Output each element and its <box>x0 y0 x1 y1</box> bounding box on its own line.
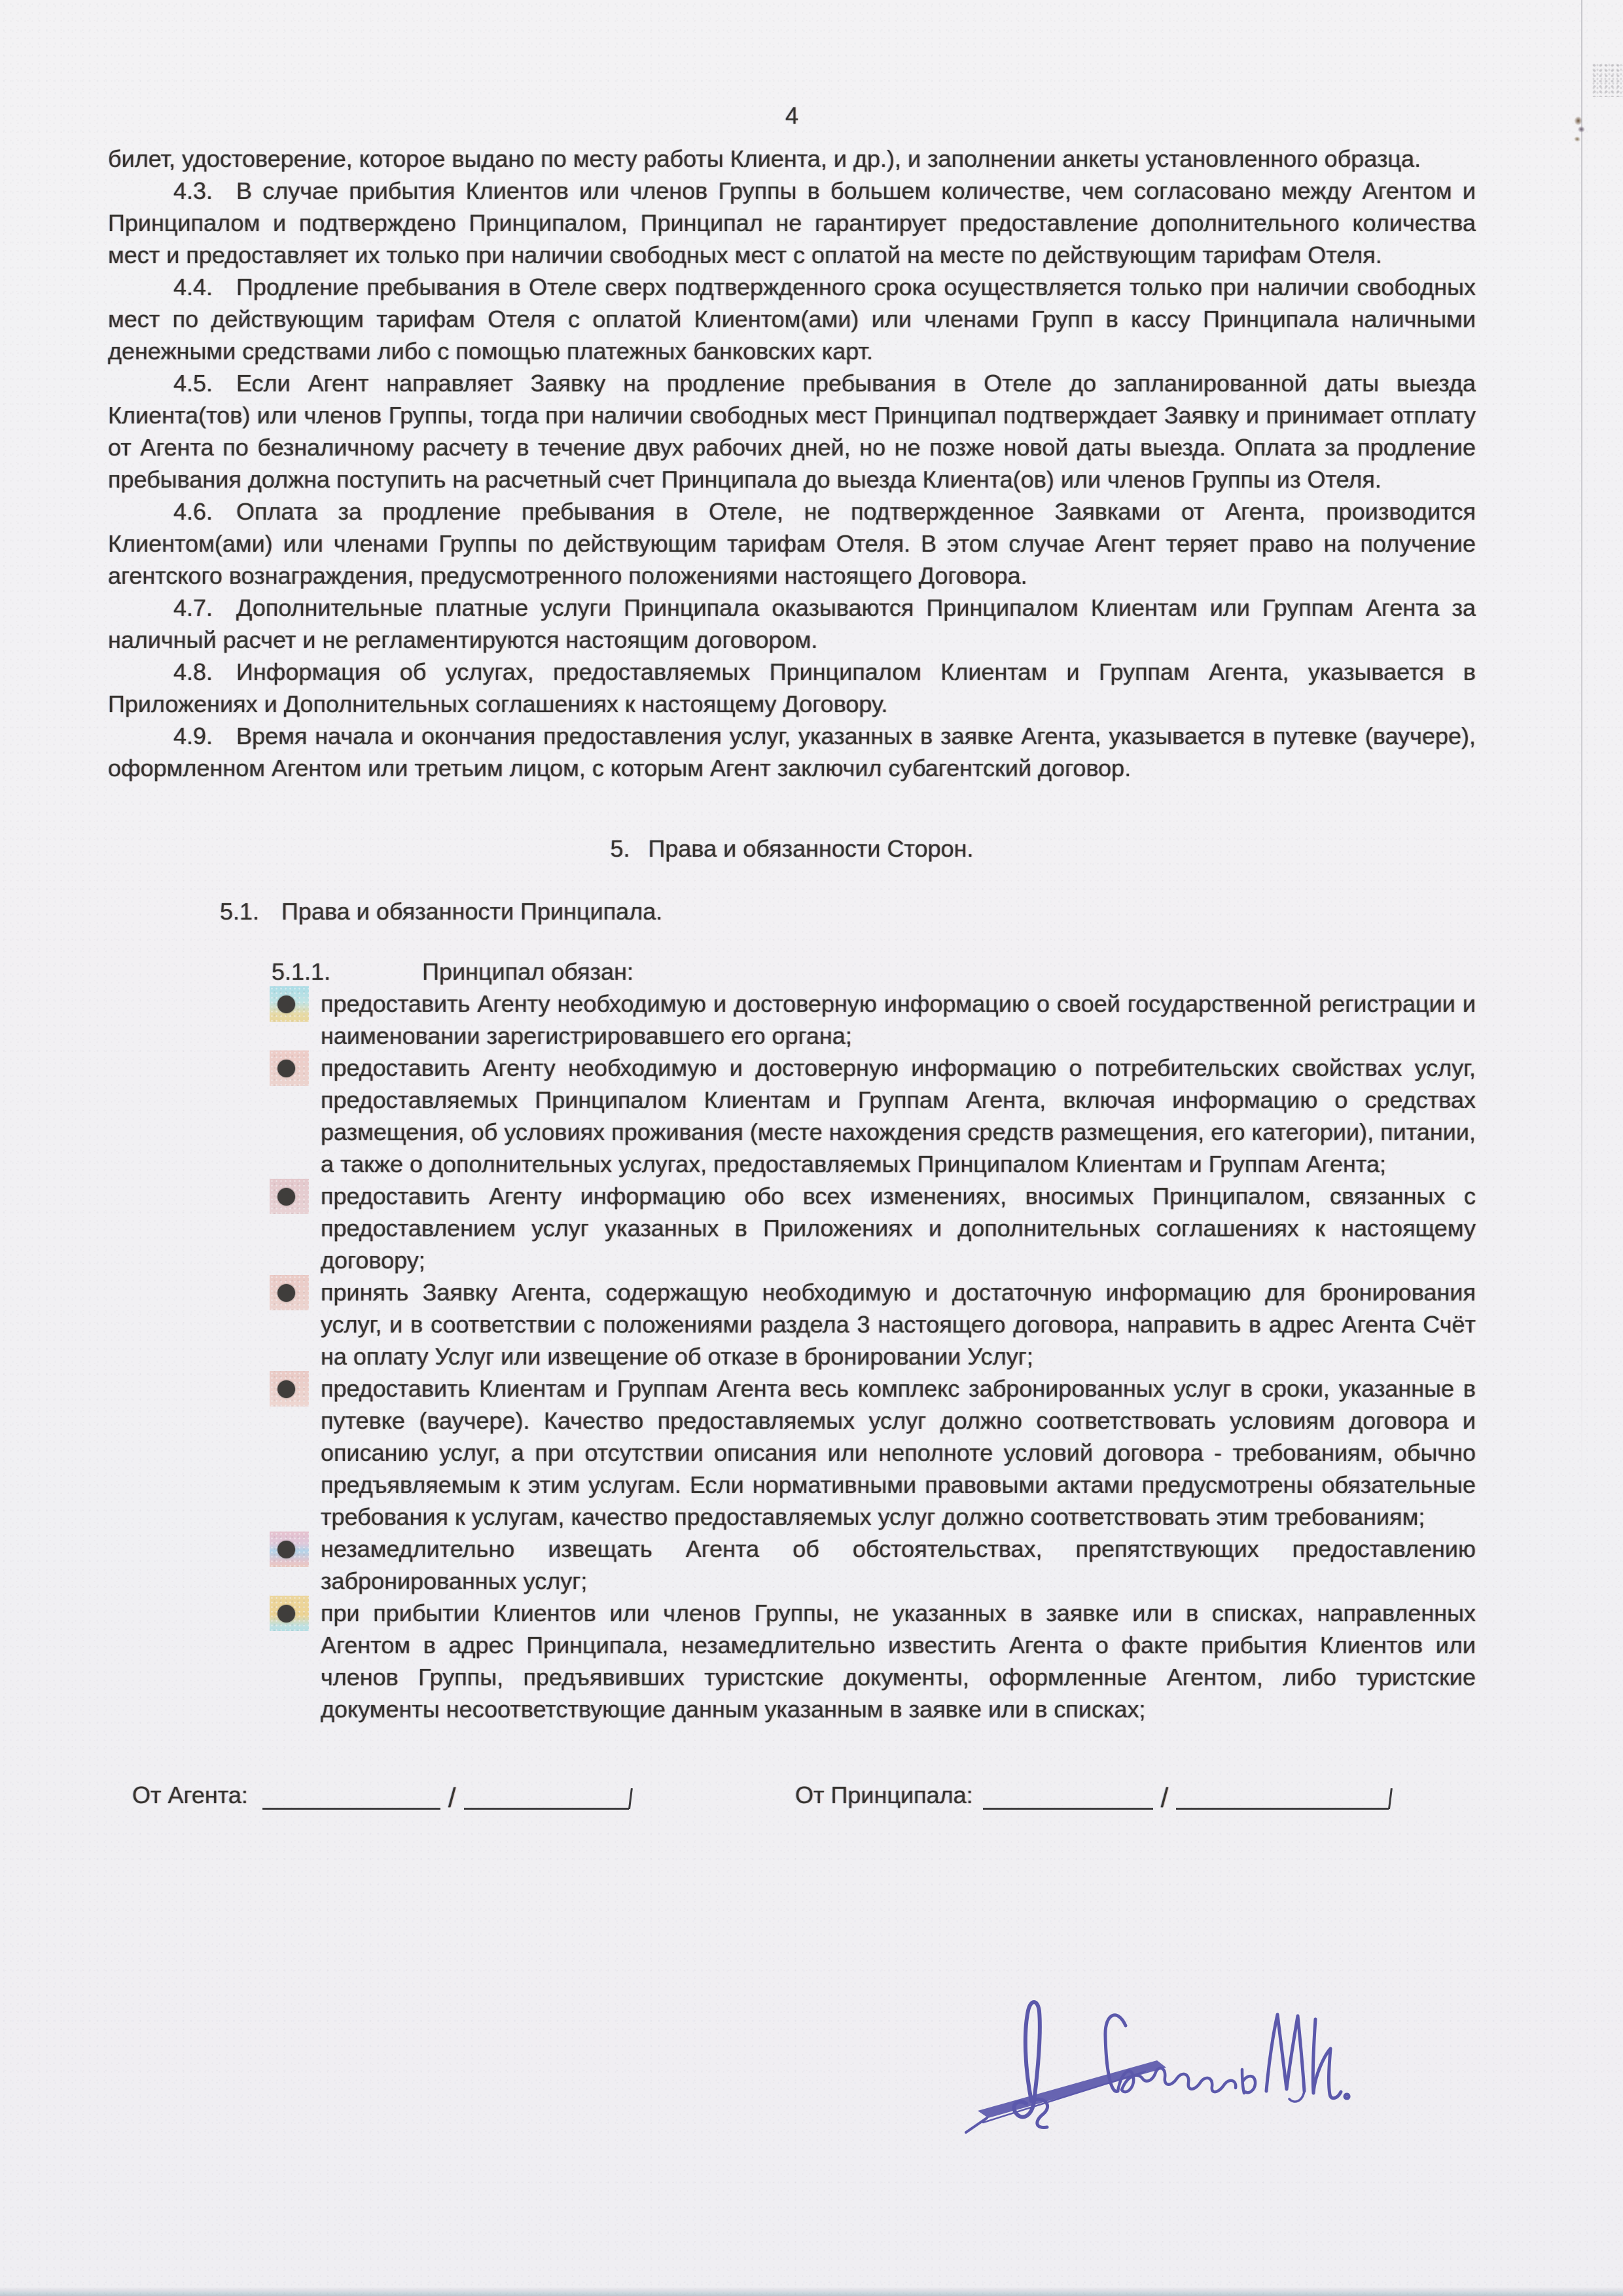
document-body: 4 билет, удостоверение, которое выдано п… <box>108 0 1476 1810</box>
paper-fold-line <box>1581 0 1582 1505</box>
clause-4-5: 4.5.Если Агент направляет Заявку на прод… <box>108 367 1476 495</box>
clause-title: Права и обязанности Принципала. <box>281 898 662 925</box>
principal-label: От Принципала: <box>795 1781 973 1810</box>
signature-row: От Агента:/ От Принципала:/ <box>108 1776 1476 1810</box>
list-item: предоставить Агенту информацию обо всех … <box>321 1180 1476 1276</box>
clause-4-3: 4.3.В случае прибытия Клиентов или члено… <box>108 175 1476 271</box>
ink-blot <box>1567 109 1592 148</box>
clause-number: 4.3. <box>173 177 236 204</box>
section-5-heading: 5.Права и обязанности Сторон. <box>108 833 1476 865</box>
slash-separator: / <box>1161 1785 1169 1811</box>
clause-number: 4.8. <box>173 658 236 685</box>
clause-text: Информация об услугах, предоставляемых П… <box>108 658 1476 717</box>
principal-signature-block: От Принципала:/ <box>795 1781 1389 1810</box>
obligations-list: предоставить Агенту необходимую и достов… <box>108 988 1476 1725</box>
scan-bottom-edge <box>0 2287 1623 2296</box>
list-item: принять Заявку Агента, содержащую необхо… <box>321 1276 1476 1372</box>
section-number: 5. <box>610 835 648 862</box>
clause-5-1-1: 5.1.1.Принципал обязан: <box>108 956 1476 988</box>
agent-signature-line <box>262 1782 440 1810</box>
list-item: предоставить Клиентам и Группам Агента в… <box>321 1372 1476 1533</box>
clause-4-4: 4.4.Продление пребывания в Отеле сверх п… <box>108 271 1476 367</box>
principal-handwritten-signature <box>910 1970 1407 2160</box>
clause-text: Продление пребывания в Отеле сверх подтв… <box>108 274 1476 365</box>
agent-label: От Агента: <box>132 1781 248 1810</box>
scanned-contract-page: 4 билет, удостоверение, которое выдано п… <box>0 0 1623 2296</box>
page-number: 4 <box>108 99 1476 132</box>
clause-number: 4.9. <box>173 723 236 749</box>
list-item-text: незамедлительно извещать Агента об обсто… <box>321 1535 1476 1594</box>
principal-signature-line <box>983 1782 1153 1810</box>
bullet-dot <box>277 1380 295 1398</box>
list-item: незамедлительно извещать Агента об обсто… <box>321 1533 1476 1597</box>
list-item-text: принять Заявку Агента, содержащую необхо… <box>321 1279 1476 1370</box>
bullet-dot <box>277 1605 295 1623</box>
list-item-text: при прибытии Клиентов или членов Группы,… <box>321 1600 1476 1723</box>
bullet-dot <box>277 1060 295 1077</box>
clause-4-9: 4.9.Время начала и окончания предоставле… <box>108 720 1476 784</box>
bullet-dot <box>277 996 295 1013</box>
list-item-text: предоставить Агенту информацию обо всех … <box>321 1183 1476 1274</box>
slash-separator: / <box>448 1785 456 1811</box>
clause-4-8: 4.8.Информация об услугах, предоставляем… <box>108 656 1476 720</box>
clause-text: В случае прибытия Клиентов или членов Гр… <box>108 177 1476 268</box>
agent-name-line <box>464 1782 629 1810</box>
clause-text: Дополнительные платные услуги Принципала… <box>108 594 1476 653</box>
clause-text: Если Агент направляет Заявку на продлени… <box>108 370 1476 493</box>
clause-number: 4.7. <box>173 594 236 621</box>
clause-text: Время начала и окончания предоставления … <box>108 723 1476 781</box>
list-item-text: предоставить Клиентам и Группам Агента в… <box>321 1375 1476 1530</box>
list-item: предоставить Агенту необходимую и достов… <box>321 1052 1476 1180</box>
section-title: Права и обязанности Сторон. <box>648 835 973 862</box>
list-item: предоставить Агенту необходимую и достов… <box>321 988 1476 1052</box>
scan-corner-speckles <box>1592 63 1623 97</box>
paragraph-continuation: билет, удостоверение, которое выдано по … <box>108 143 1476 175</box>
principal-name-line <box>1176 1782 1389 1810</box>
bullet-dot <box>277 1284 295 1302</box>
bullet-dot <box>277 1188 295 1206</box>
clause-text: Оплата за продление пребывания в Отеле, … <box>108 498 1476 589</box>
list-item-text: предоставить Агенту необходимую и достов… <box>321 1054 1476 1177</box>
clause-4-7: 4.7.Дополнительные платные услуги Принци… <box>108 592 1476 656</box>
clause-number: 5.1.1. <box>272 958 422 985</box>
bullet-dot <box>277 1541 295 1558</box>
clause-5-1: 5.1.Права и обязанности Принципала. <box>108 895 1476 927</box>
clause-title: Принципал обязан: <box>422 958 633 985</box>
list-item-text: предоставить Агенту необходимую и достов… <box>321 990 1476 1049</box>
clause-number: 4.4. <box>173 274 236 300</box>
clause-number: 4.5. <box>173 370 236 397</box>
agent-signature-block: От Агента:/ <box>132 1781 629 1810</box>
clause-number: 5.1. <box>220 898 281 925</box>
list-item: при прибытии Клиентов или членов Группы,… <box>321 1597 1476 1725</box>
clause-number: 4.6. <box>173 498 236 525</box>
clause-4-6: 4.6.Оплата за продление пребывания в Оте… <box>108 495 1476 592</box>
